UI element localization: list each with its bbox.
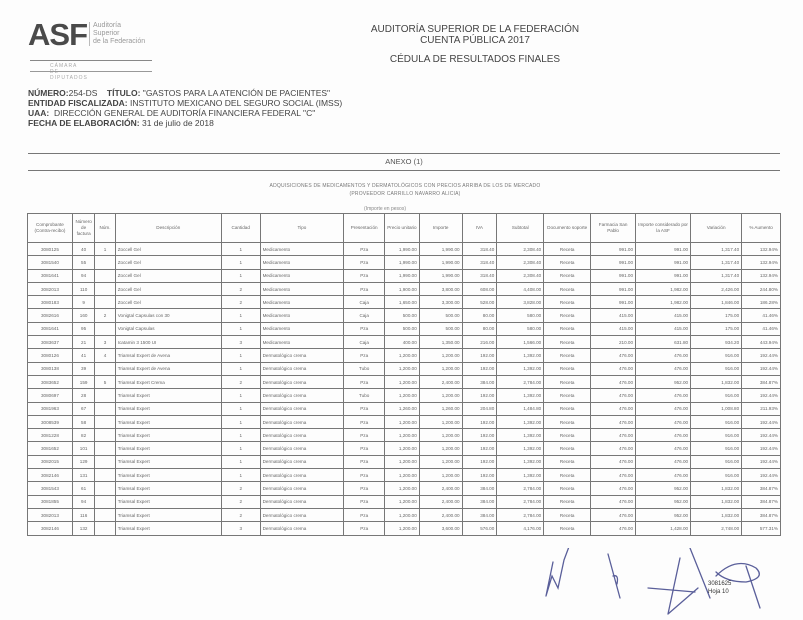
table-cell: 580.00 — [497, 309, 544, 322]
table-cell: 1,484.80 — [497, 402, 544, 415]
table-cell: 608.00 — [462, 282, 497, 295]
table-cell: Dermatológico crema — [260, 469, 344, 482]
table-cell: 476.00 — [636, 415, 691, 428]
column-header: Número de factura — [72, 214, 94, 243]
table-cell: 916.00 — [691, 362, 742, 375]
table-cell: 1,392.00 — [497, 349, 544, 362]
amount-units-note: (Importe en pesos) — [340, 206, 430, 212]
table-cell: Receta — [544, 469, 591, 482]
table-cell: Medicamento — [260, 256, 344, 269]
table-cell: Pza — [344, 442, 385, 455]
table-cell: 1,982.00 — [636, 296, 691, 309]
table-cell: 61 — [72, 482, 94, 495]
table-cell: 2,784.00 — [497, 508, 544, 521]
table-cell: 1,200.00 — [385, 415, 420, 428]
table-cell: 3,828.00 — [497, 296, 544, 309]
table-cell: Pza — [344, 508, 385, 521]
table-cell: 476.00 — [591, 362, 636, 375]
table-cell: 1,428.00 — [636, 522, 691, 535]
table-cell: 476.00 — [636, 469, 691, 482]
table-cell: 132 — [72, 522, 94, 535]
table-cell: 476.00 — [591, 495, 636, 508]
table-cell: 2 — [221, 482, 260, 495]
table-cell: 580.00 — [497, 322, 544, 335]
fecha-value: 31 de julio de 2018 — [142, 118, 214, 128]
table-cell: 476.00 — [591, 522, 636, 535]
table-row: 308154055Zoccell Gel1MedicamentoPza1,990… — [28, 256, 781, 269]
table-cell: 131 — [72, 469, 94, 482]
table-cell: 2,308.40 — [497, 269, 544, 282]
table-cell: 1,990.00 — [419, 269, 462, 282]
table-cell: 4,408.00 — [497, 282, 544, 295]
table-row: 3083637213Icatamin 3 1500 UI3Medicamento… — [28, 336, 781, 349]
table-cell — [95, 415, 115, 428]
table-cell: 1,200.00 — [385, 469, 420, 482]
table-cell: Receta — [544, 309, 591, 322]
column-header: Importe considerado por la ASF — [636, 214, 691, 243]
table-cell: Triamsal Expert de Avena — [115, 349, 221, 362]
table-cell: 500.00 — [419, 309, 462, 322]
table-cell: 1 — [221, 349, 260, 362]
table-cell: Dermatológico crema — [260, 442, 344, 455]
table-cell: 67 — [72, 402, 94, 415]
table-cell: Receta — [544, 375, 591, 388]
table-cell: Receta — [544, 269, 591, 282]
table-cell: 2,400.00 — [419, 482, 462, 495]
table-cell: Pza — [344, 256, 385, 269]
table-cell: Pza — [344, 375, 385, 388]
table-cell: Receta — [544, 282, 591, 295]
column-header: Documento soporte — [544, 214, 591, 243]
table-cell: 244.80% — [742, 282, 781, 295]
table-cell: 476.00 — [636, 402, 691, 415]
table-cell: 1 — [221, 469, 260, 482]
table-cell: 1,392.00 — [497, 415, 544, 428]
table-cell: Receta — [544, 243, 591, 256]
table-cell: Dermatológico crema — [260, 415, 344, 428]
table-cell: 916.00 — [691, 469, 742, 482]
table-cell: 9 — [72, 296, 94, 309]
table-cell: 94 — [72, 495, 94, 508]
table-cell: 934.20 — [691, 336, 742, 349]
table-row: 308069728Triamsal Expert1Dermatológico c… — [28, 389, 781, 402]
table-cell: 1,317.40 — [691, 243, 742, 256]
table-row: 3082013116Triamsal Expert2Dermatológico … — [28, 508, 781, 521]
table-cell: 1,990.00 — [385, 269, 420, 282]
table-cell: 1,392.00 — [497, 389, 544, 402]
column-header: % Aumento — [742, 214, 781, 243]
table-cell: 916.00 — [691, 455, 742, 468]
table-cell: 952.00 — [636, 495, 691, 508]
table-cell: 2,400.00 — [419, 508, 462, 521]
logo-tagline: CÁMARA DE DIPUTADOS — [50, 63, 88, 81]
table-cell: 2 — [221, 282, 260, 295]
table-cell: 1,200.00 — [385, 389, 420, 402]
table-cell: 1,200.00 — [419, 415, 462, 428]
uaa-value: DIRECCIÓN GENERAL DE AUDITORÍA FINANCIER… — [54, 108, 315, 118]
table-cell: 476.00 — [591, 389, 636, 402]
table-cell: 1,200.00 — [385, 508, 420, 521]
table-cell: Receta — [544, 402, 591, 415]
table-cell: 991.00 — [636, 243, 691, 256]
table-cell: Pza — [344, 415, 385, 428]
table-cell: 1,832.00 — [691, 508, 742, 521]
table-cell: 1,200.00 — [385, 495, 420, 508]
table-cell: 1,200.00 — [419, 429, 462, 442]
table-cell: 476.00 — [591, 482, 636, 495]
table-cell: 160 — [72, 309, 94, 322]
header-institution: AUDITORÍA SUPERIOR DE LA FEDERACIÓN — [330, 24, 620, 35]
table-cell: Dermatológico crema — [260, 482, 344, 495]
table-cell: Pza — [344, 402, 385, 415]
table-cell: 210.00 — [591, 336, 636, 349]
table-cell: Zoccell Gel — [115, 282, 221, 295]
column-header: Presentación — [344, 214, 385, 243]
table-cell: 132.94% — [742, 243, 781, 256]
table-cell: 1 — [221, 322, 260, 335]
table-cell: 384.00 — [462, 482, 497, 495]
table-cell: 916.00 — [691, 442, 742, 455]
table-cell: 916.00 — [691, 429, 742, 442]
table-cell: 1,200.00 — [385, 522, 420, 535]
table-cell: 1,200.00 — [385, 362, 420, 375]
table-cell: 2,308.40 — [497, 243, 544, 256]
table-cell: 1 — [95, 243, 115, 256]
table-cell: Tubo — [344, 362, 385, 375]
table-cell: 991.00 — [591, 269, 636, 282]
table-cell: 132.94% — [742, 269, 781, 282]
table-cell: Pza — [344, 243, 385, 256]
table-cell: 500.00 — [385, 322, 420, 335]
uaa-label: UAA: — [28, 108, 49, 118]
table-cell: 476.00 — [591, 375, 636, 388]
table-cell: Triamsal Expert — [115, 455, 221, 468]
table-cell: Pza — [344, 455, 385, 468]
table-cell: 1,846.00 — [691, 296, 742, 309]
table-cell: 1 — [221, 455, 260, 468]
table-cell: 1,990.00 — [385, 243, 420, 256]
titulo-value: "GASTOS PARA LA ATENCIÓN DE PACIENTES" — [143, 88, 330, 98]
table-cell: 384.87% — [742, 375, 781, 388]
annex-provider: (PROVEEDOR CARRILLO NAVARRO ALICIA) — [150, 190, 660, 198]
table-cell: Zoccell Gel — [115, 243, 221, 256]
table-cell: Pza — [344, 495, 385, 508]
header-document-type: CÉDULA DE RESULTADOS FINALES — [330, 54, 620, 65]
table-cell: 916.00 — [691, 415, 742, 428]
table-cell: 384.00 — [462, 375, 497, 388]
table-cell: 1,392.00 — [497, 455, 544, 468]
table-cell: 192.00 — [462, 442, 497, 455]
meta-fecha: FECHA DE ELABORACIÓN: 31 de julio de 201… — [28, 118, 342, 128]
table-cell: 476.00 — [591, 429, 636, 442]
table-cell: 443.94% — [742, 336, 781, 349]
table-cell: 500.00 — [385, 309, 420, 322]
table-cell: 3082013 — [28, 282, 73, 295]
table-cell: 175.00 — [691, 309, 742, 322]
annex-title: ANEXO (1) — [28, 153, 780, 171]
table-cell — [95, 389, 115, 402]
table-cell: Pza — [344, 522, 385, 535]
table-cell: Dermatológico crema — [260, 495, 344, 508]
table-cell: 916.00 — [691, 349, 742, 362]
table-cell: 192.00 — [462, 429, 497, 442]
table-cell: 500.00 — [419, 322, 462, 335]
table-cell — [95, 442, 115, 455]
table-cell: 41.46% — [742, 322, 781, 335]
table-cell: 952.00 — [636, 508, 691, 521]
table-cell: 1,200.00 — [419, 389, 462, 402]
table-cell: 1,900.00 — [385, 282, 420, 295]
table-cell: Caja — [344, 296, 385, 309]
table-cell: 1 — [221, 362, 260, 375]
table-cell: 3082146 — [28, 522, 73, 535]
table-cell: 1,200.00 — [419, 455, 462, 468]
table-cell: Triamsal Expert — [115, 482, 221, 495]
table-row: 308154361Triamsal Expert2Dermatológico c… — [28, 482, 781, 495]
table-cell: Tubo — [344, 389, 385, 402]
table-cell: 916.00 — [691, 389, 742, 402]
table-row: 300853958Triamsal Expert1Dermatológico c… — [28, 415, 781, 428]
table-cell: 1 — [221, 243, 260, 256]
table-cell: 1,317.40 — [691, 269, 742, 282]
document-page: ASF Auditoría Superior de la Federación … — [0, 0, 803, 620]
table-cell: 991.00 — [591, 282, 636, 295]
table-cell: Dermatológico crema — [260, 429, 344, 442]
table-cell: 3082013 — [28, 508, 73, 521]
stamp-code: 3081625 — [708, 580, 731, 588]
logo-acronym: ASF — [28, 18, 87, 52]
table-cell: 3 — [95, 336, 115, 349]
logo-subtitle-line: Auditoría — [93, 22, 163, 30]
table-cell: 577.31% — [742, 522, 781, 535]
table-cell: 3081543 — [28, 482, 73, 495]
table-cell: 1,200.00 — [419, 442, 462, 455]
table-cell: 1,008.80 — [691, 402, 742, 415]
table-cell: Triamsal Expert — [115, 402, 221, 415]
table-cell: Caja — [344, 309, 385, 322]
column-header: Núm. — [95, 214, 115, 243]
table-cell: 2,784.00 — [497, 495, 544, 508]
table-cell: Dermatológico crema — [260, 362, 344, 375]
table-cell: 192.44% — [742, 349, 781, 362]
table-cell: 476.00 — [636, 429, 691, 442]
table-cell: 3080126 — [28, 349, 73, 362]
table-cell: 216.00 — [462, 336, 497, 349]
table-cell: 1 — [221, 442, 260, 455]
table-cell: 631.80 — [636, 336, 691, 349]
column-header: Comprobante (Contra-recibo) — [28, 214, 73, 243]
table-cell: 80.00 — [462, 309, 497, 322]
table-cell: 1,392.00 — [497, 429, 544, 442]
table-cell: 415.00 — [591, 309, 636, 322]
table-cell: 3 — [221, 522, 260, 535]
table-cell: 1 — [221, 402, 260, 415]
table-cell: Receta — [544, 415, 591, 428]
table-cell: 129 — [72, 455, 94, 468]
table-cell: 3081641 — [28, 269, 73, 282]
table-cell: 1,260.00 — [419, 402, 462, 415]
table-cell: 952.00 — [636, 482, 691, 495]
table-cell: 991.00 — [591, 296, 636, 309]
logo-divider — [30, 60, 152, 61]
table-cell: 991.00 — [591, 243, 636, 256]
table-cell: 2 — [221, 508, 260, 521]
table-cell: Medicamento — [260, 269, 344, 282]
logo-subtitle-line: de la Federación — [93, 38, 163, 46]
entidad-value: INSTITUTO MEXICANO DEL SEGURO SOCIAL (IM… — [130, 98, 342, 108]
table-cell: 110 — [72, 282, 94, 295]
table-cell: Vonigtal Capsulas — [115, 322, 221, 335]
table-cell: 476.00 — [591, 349, 636, 362]
column-header: Importe — [419, 214, 462, 243]
table-cell: 2,748.00 — [691, 522, 742, 535]
page-stamp: 3081625 Hoja 10 — [708, 580, 731, 596]
table-cell: 3081963 — [28, 402, 73, 415]
column-header: Tipo — [260, 214, 344, 243]
table-cell: 2,426.00 — [691, 282, 742, 295]
table-cell: 476.00 — [591, 442, 636, 455]
table-cell: 94 — [72, 269, 94, 282]
table-cell — [95, 362, 115, 375]
header-account: CUENTA PÚBLICA 2017 — [330, 35, 620, 46]
table-cell: Medicamento — [260, 322, 344, 335]
table-cell: Triamsal Expert — [115, 469, 221, 482]
table-cell: 1,566.00 — [497, 336, 544, 349]
table-row: 308013839Triamsal Expert de Avena1Dermat… — [28, 362, 781, 375]
table-cell: 175.00 — [691, 322, 742, 335]
table-cell — [95, 269, 115, 282]
table-cell: Pza — [344, 349, 385, 362]
table-cell: 192.44% — [742, 442, 781, 455]
table-cell: 1 — [221, 269, 260, 282]
table-cell: 192.44% — [742, 362, 781, 375]
table-row: 3081652101Triamsal Expert1Dermatológico … — [28, 442, 781, 455]
table-cell: 1,317.40 — [691, 256, 742, 269]
table-cell: 3,600.00 — [419, 522, 462, 535]
table-cell: 384.87% — [742, 495, 781, 508]
table-cell: Dermatológico crema — [260, 522, 344, 535]
annex-subtitle: ADQUISICIONES DE MEDICAMENTOS Y DERMATOL… — [150, 182, 660, 198]
table-cell: Receta — [544, 495, 591, 508]
table-row: 3080125401Zoccell Gel1MedicamentoPza1,99… — [28, 243, 781, 256]
table-cell: 1,200.00 — [419, 349, 462, 362]
table-cell: 192.00 — [462, 455, 497, 468]
table-cell — [95, 495, 115, 508]
table-cell: 204.80 — [462, 402, 497, 415]
table-cell: Triamsal Expert — [115, 415, 221, 428]
table-cell: 2,400.00 — [419, 495, 462, 508]
table-cell: 3082616 — [28, 309, 73, 322]
table-row: 3082015129Triamsal Expert1Dermatológico … — [28, 455, 781, 468]
table-cell — [95, 482, 115, 495]
table-cell: Dermatológico crema — [260, 389, 344, 402]
table-cell: Pza — [344, 482, 385, 495]
table-cell: 192.44% — [742, 415, 781, 428]
table-cell — [95, 469, 115, 482]
table-cell: 192.44% — [742, 389, 781, 402]
logo-subtitle-line: Superior — [93, 30, 163, 38]
table-row: 308196367Triamsal Expert1Dermatológico c… — [28, 402, 781, 415]
table-cell: 1,260.00 — [385, 402, 420, 415]
table-cell: Medicamento — [260, 282, 344, 295]
table-cell: 116 — [72, 508, 94, 521]
table-cell: 1,832.00 — [691, 375, 742, 388]
table-cell: Receta — [544, 336, 591, 349]
table-cell: Medicamento — [260, 296, 344, 309]
table-cell: 400.00 — [385, 336, 420, 349]
table-cell: Triamsal Expert — [115, 495, 221, 508]
table-cell: Triamsal Expert — [115, 508, 221, 521]
table-cell: 1,392.00 — [497, 362, 544, 375]
table-cell: 476.00 — [591, 415, 636, 428]
table-row: 30836521595Triamsal Expert Crema2Dermato… — [28, 375, 781, 388]
table-cell: 3 — [221, 336, 260, 349]
table-cell: 3,300.00 — [419, 296, 462, 309]
table-cell — [95, 322, 115, 335]
table-cell: Receta — [544, 362, 591, 375]
table-cell: 39 — [72, 362, 94, 375]
table-cell: Zoccell Gel — [115, 256, 221, 269]
table-cell: 186.28% — [742, 296, 781, 309]
table-header-row: Comprobante (Contra-recibo)Número de fac… — [28, 214, 781, 243]
table-cell: 82 — [72, 429, 94, 442]
table-cell: Dermatológico crema — [260, 375, 344, 388]
table-cell: 384.87% — [742, 482, 781, 495]
table-cell: Receta — [544, 349, 591, 362]
table-cell: 192.00 — [462, 362, 497, 375]
table-cell: Dermatológico crema — [260, 508, 344, 521]
table-cell: 2,400.00 — [419, 375, 462, 388]
table-cell: 1,982.00 — [636, 282, 691, 295]
table-cell: 2,784.00 — [497, 375, 544, 388]
stamp-page: Hoja 10 — [708, 588, 731, 596]
table-cell: Receta — [544, 389, 591, 402]
table-cell — [95, 282, 115, 295]
table-cell: 1 — [221, 389, 260, 402]
table-cell: 952.00 — [636, 375, 691, 388]
table-cell: 1,200.00 — [385, 482, 420, 495]
table-row: 308185594Triamsal Expert2Dermatológico c… — [28, 495, 781, 508]
column-header: Subtotal — [497, 214, 544, 243]
table-cell: 3080183 — [28, 296, 73, 309]
table-cell: 1 — [221, 429, 260, 442]
table-row: 308164194Zoccell Gel1MedicamentoPza1,990… — [28, 269, 781, 282]
column-header: Variación — [691, 214, 742, 243]
table-cell: 192.44% — [742, 455, 781, 468]
table-cell: 80.00 — [462, 322, 497, 335]
column-header: Farmacia San Pablo — [591, 214, 636, 243]
table-cell: 192.00 — [462, 469, 497, 482]
table-cell: 528.00 — [462, 296, 497, 309]
table-cell: 415.00 — [591, 322, 636, 335]
table-cell — [95, 522, 115, 535]
table-cell: Receta — [544, 522, 591, 535]
table-cell: 3081855 — [28, 495, 73, 508]
logo-divider — [30, 71, 152, 72]
table-cell: 318.40 — [462, 269, 497, 282]
table-cell: 1,990.00 — [419, 256, 462, 269]
table-cell: 1,350.00 — [419, 336, 462, 349]
table-cell — [95, 402, 115, 415]
table-cell: 40 — [72, 243, 94, 256]
table-cell: 318.40 — [462, 243, 497, 256]
table-cell: 41.46% — [742, 309, 781, 322]
table-cell: 1,200.00 — [419, 362, 462, 375]
numero-value: 254-DS — [69, 88, 98, 98]
table-cell: 4,176.00 — [497, 522, 544, 535]
table-cell: 2 — [221, 495, 260, 508]
table-cell: 476.00 — [636, 455, 691, 468]
